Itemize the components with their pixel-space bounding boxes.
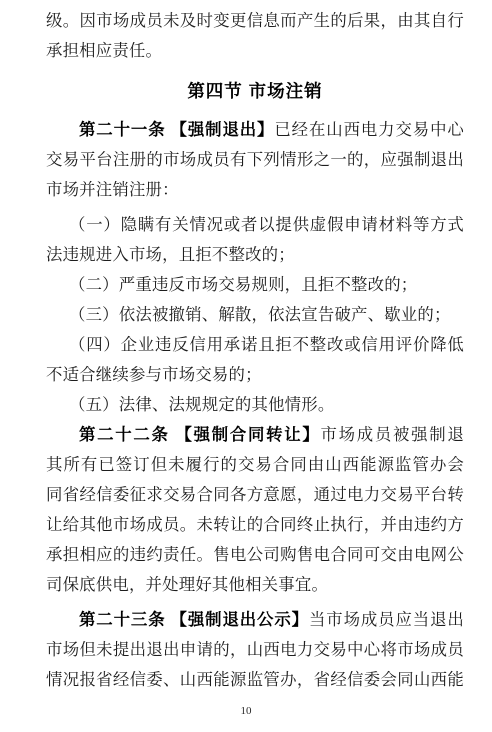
article-23-title: 第二十三条 【强制退出公示】 [79,610,309,629]
item-5-line: （五）法律、法规规定的其他情形。 [46,390,464,420]
article-22-line: 让给其他市场成员。未转让的合同终止执行，并由违约方 [46,510,464,540]
article-22-line: 承担相应的违约责任。售电公司购售电合同可交由电网公 [46,540,464,570]
article-21-text: 已经在山西电力交易中心 [274,120,464,139]
article-22-line: 同省经信委征求交易合同各方意愿，通过电力交易平台转 [46,480,464,510]
paragraph-continuation-line: 承担相应责任。 [46,36,464,66]
article-22-line: 司保底供电，并处理好其他相关事宜。 [46,570,464,600]
article-23-line: 情况报省经信委、山西能源监管办，省经信委会同山西能 [46,665,464,695]
article-22-title: 第二十二条 【强制合同转让】 [79,425,321,444]
item-4-line: 不适合继续参与市场交易的； [46,360,464,390]
article-23-text: 当市场成员应当退出 [309,610,464,629]
page-number: 10 [0,704,492,718]
article-21-line: 市场并注销注册： [46,175,464,205]
article-23-line: 市场但未提出退出申请的，山西电力交易中心将市场成员 [46,635,464,665]
item-4-line: （四）企业违反信用承诺且拒不整改或信用评价降低为 [46,330,464,360]
item-1-line: 法违规进入市场，且拒不整改的； [46,240,464,270]
article-21-title: 第二十一条 【强制退出】 [79,120,274,139]
item-3-line: （三）依法被撤销、解散，依法宣告破产、歇业的； [46,300,464,330]
item-1-line: （一）隐瞒有关情况或者以提供虚假申请材料等方式违 [46,210,464,240]
article-22-opening-line: 第二十二条 【强制合同转让】市场成员被强制退出， [46,420,464,450]
document-page: 级。因市场成员未及时变更信息而产生的后果，由其自行 承担相应责任。 第四节 市场… [0,0,492,732]
item-2-line: （二）严重违反市场交易规则，且拒不整改的； [46,270,464,300]
article-22-line: 其所有已签订但未履行的交易合同由山西能源监管办会 [46,450,464,480]
article-21-opening-line: 第二十一条 【强制退出】已经在山西电力交易中心 [46,115,464,145]
section-heading: 第四节 市场注销 [46,76,464,106]
article-23-opening-line: 第二十三条 【强制退出公示】当市场成员应当退出 [46,605,464,635]
paragraph-continuation-line: 级。因市场成员未及时变更信息而产生的后果，由其自行 [46,6,464,36]
article-21-line: 交易平台注册的市场成员有下列情形之一的，应强制退出 [46,145,464,175]
